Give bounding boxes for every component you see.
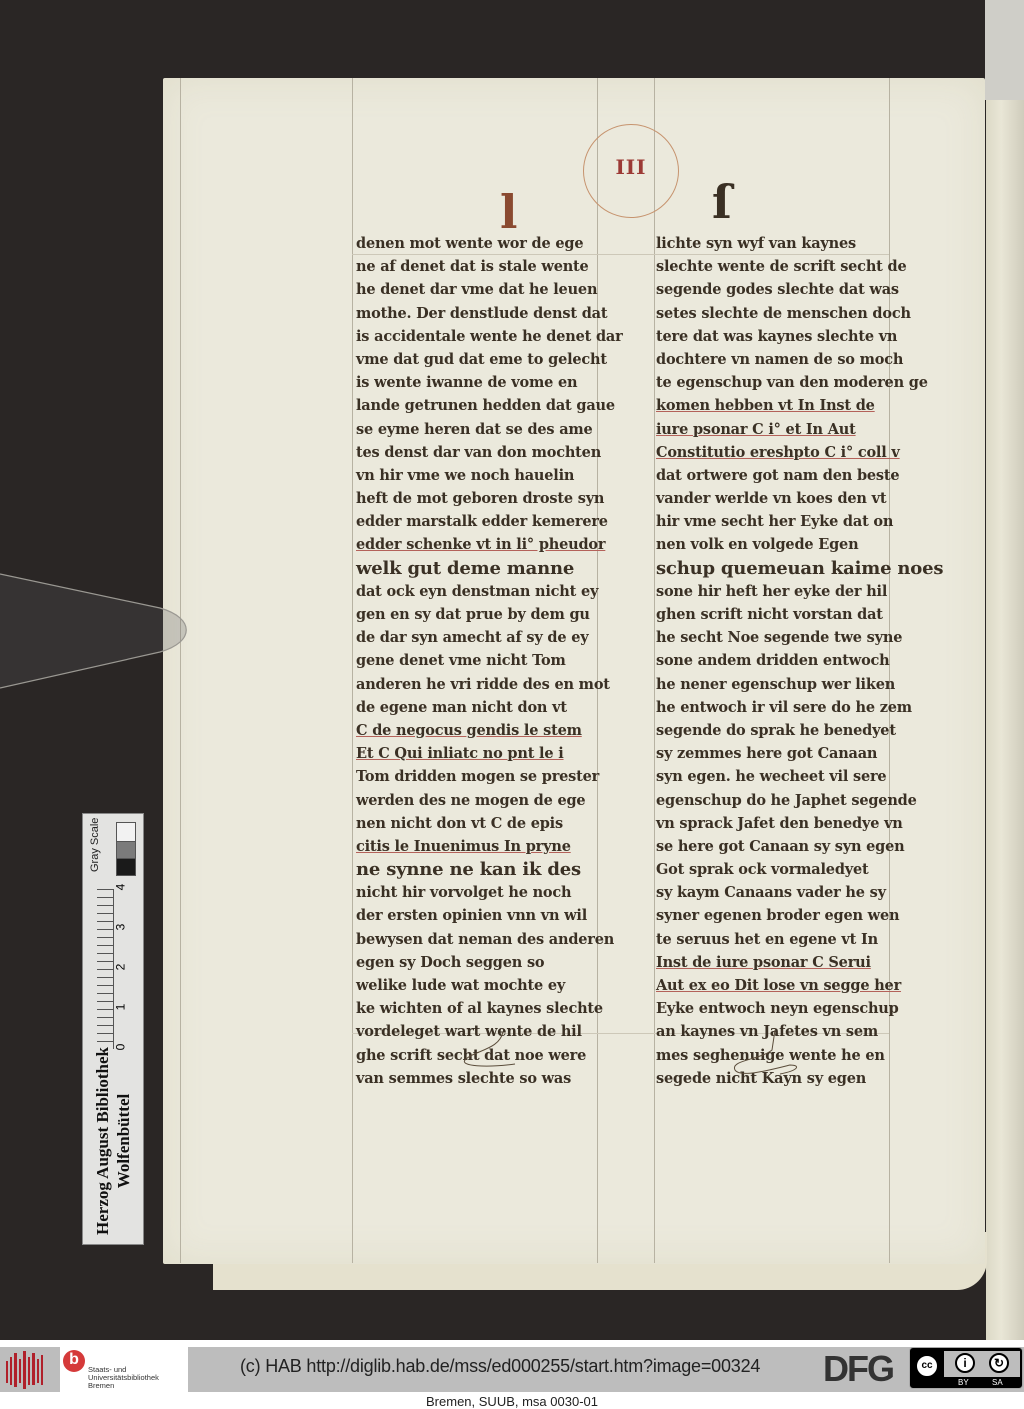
dfg-logo: DFG [823,1350,893,1388]
text-line: hir vme secht her Eyke dat on [656,510,891,533]
text-column-left: denen mot wente wor de ege ne af denet d… [356,232,601,1090]
text-line-heading: welk gut deme manne [356,557,601,580]
text-line: he nener egenschup wer liken [656,673,891,696]
text-line: syner egenen broder egen wen [656,904,891,927]
text-line: vander werlde vn koes den vt [656,487,891,510]
text-line: slechte wente de scrift secht de [656,255,891,278]
gray-swatch-white [116,822,136,842]
suub-b-icon: b [63,1350,85,1372]
text-line: he denet dar vme dat he leuen [356,278,601,301]
text-line: sy zemmes here got Canaan [656,742,891,765]
text-line: dochtere vn namen de so moch [656,348,891,371]
text-column-right: lichte syn wyf van kaynes slechte wente … [656,232,891,1090]
text-line: egen sy Doch seggen so [356,951,601,974]
text-line: syn egen. he wecheet vil sere [656,765,891,788]
text-line: segende do sprak he benedyet [656,719,891,742]
gray-swatch-black [116,858,136,876]
text-line: sy kaym Canaans vader he sy [656,881,891,904]
folio-number: III [583,155,679,179]
text-line: he entwoch ir vil sere do he zem [656,696,891,719]
text-line: de egene man nicht don vt [356,696,601,719]
book-cover-board [985,0,1024,100]
suub-barcode-logo [2,1347,48,1392]
institution-city: Wolfenbüttel [113,971,134,1311]
shelfmark: Bremen, SUUB, msa 0030-01 [0,1394,1024,1409]
ruling-line-right-column-start [654,78,655,1263]
flourish-right [710,1030,810,1080]
text-line: edder marstalk edder kemerere [356,510,601,533]
flourish-left [455,1030,535,1070]
text-line: tere dat was kaynes slechte vn [656,325,891,348]
cc-sa-icon: ↻ [989,1353,1009,1373]
text-line: te egenschup van den moderen ge [656,371,891,394]
scan-viewer: III l ſ denen mot wente wor de ege ne af… [0,0,1024,1340]
text-line: he secht Noe segende twe syne [656,626,891,649]
text-line: vn sprack Jafet den benedye vn [656,812,891,835]
gray-swatch-mid [116,841,136,859]
cc-by-icon: i [955,1353,975,1373]
text-line: denen mot wente wor de ege [356,232,601,255]
text-line: gen en sy dat prue by dem gu [356,603,601,626]
text-line: segende godes slechte dat was [656,278,891,301]
suub-name-line-3: Bremen [88,1382,159,1390]
color-calibration-target: Gray Scale 4 3 2 1 0 Herzog August Bibli… [82,813,144,1245]
text-line: is accidentale wente he denet dar [356,325,601,348]
text-line: setes slechte de menschen doch [656,302,891,325]
text-line: nen volk en volgede Egen [656,533,891,556]
institution-label: Herzog August Bibliothek Wolfenbüttel [92,971,134,1311]
text-line: Got sprak ock vormaledyet [656,858,891,881]
text-line: de dar syn amecht af sy de ey [356,626,601,649]
scale-tick-2: 2 [113,964,127,971]
text-line-rubric: citis le Inuenimus In pryne [356,835,601,858]
copyright-url[interactable]: (c) HAB http://diglib.hab.de/mss/ed00025… [240,1356,760,1377]
text-line: welike lude wat mochte ey [356,974,601,997]
institution-name: Herzog August Bibliothek [92,971,113,1311]
scale-tick-4: 4 [113,884,127,891]
text-line: is wente iwanne de vome en [356,371,601,394]
text-line: Eyke entwoch neyn egenschup [656,997,891,1020]
text-line: heft de mot geboren droste syn [356,487,601,510]
text-line: dat ock eyn denstman nicht ey [356,580,601,603]
text-line: anderen he vri ridde des en mot [356,673,601,696]
text-line-rubric: Et C Qui inliatc no pnt le i [356,742,601,765]
text-line-rubric: komen hebben vt In Inst de [656,394,891,417]
suub-library-logo[interactable]: b Staats- und Universitätsbibliothek Bre… [60,1347,188,1392]
text-line: ne af denet dat is stale wente [356,255,601,278]
cc-by-label: BY [958,1378,969,1387]
text-line: lande getrunen hedden dat gaue [356,394,601,417]
text-line: tes denst dar van don mochten [356,441,601,464]
page-clip [0,570,190,690]
text-line: ghen scrift nicht vorstan dat [656,603,891,626]
text-line: sone andem dridden entwoch [656,649,891,672]
text-line: ke wichten of al kaynes slechte [356,997,601,1020]
text-line: egenschup do he Japhet segende [656,789,891,812]
text-line: nen nicht don vt C de epis [356,812,601,835]
text-line-rubric: C de negocus gendis le stem [356,719,601,742]
gray-scale-label: Gray Scale [89,818,101,872]
suub-library-name: Staats- und Universitätsbibliothek Breme… [88,1366,159,1390]
text-line: mothe. Der denstlude denst dat [356,302,601,325]
text-line: dat ortwere got nam den beste [656,464,891,487]
text-line-rubric: Constitutio ereshpto C i° coll v [656,441,891,464]
text-line-rubric: iure psonar C i° et In Aut [656,418,891,441]
text-line: gene denet vme nicht Tom [356,649,601,672]
text-line: lichte syn wyf van kaynes [656,232,891,255]
text-line: vme dat gud dat eme to gelecht [356,348,601,371]
footer: b Staats- und Universitätsbibliothek Bre… [0,1340,1024,1409]
text-line: vn hir vme we noch hauelin [356,464,601,487]
cc-sa-label: SA [992,1378,1003,1387]
decorative-ascender-right: ſ [712,175,732,229]
cc-license-badge[interactable]: cc i ↻ BY SA [909,1347,1023,1389]
text-line: der ersten opinien vnn vn wil [356,904,601,927]
text-line-heading: schup quemeuan kaime noes [656,557,891,580]
text-line-rubric: Aut ex eo Dit lose vn segge her [656,974,891,997]
text-line: te seruus het en egene vt In [656,928,891,951]
cc-icon: cc [914,1353,940,1379]
text-line: van semmes slechte so was [356,1067,601,1090]
text-line: se eyme heren dat se des ame [356,418,601,441]
text-line: bewysen dat neman des anderen [356,928,601,951]
text-line: sone hir heft her eyke der hil [656,580,891,603]
book-binding [986,0,1024,1340]
text-line-heading: ne synne ne kan ik des [356,858,601,881]
text-line: werden des ne mogen de ege [356,789,601,812]
text-line-rubric: edder schenke vt in li° pheudor [356,533,601,556]
scale-tick-3: 3 [113,924,127,931]
decorative-ascender-left: l [500,185,517,239]
text-line: Tom dridden mogen se prester [356,765,601,788]
text-line-rubric: Inst de iure psonar C Serui [656,951,891,974]
text-line: nicht hir vorvolget he noch [356,881,601,904]
ruling-line-left-column-start [352,78,353,1263]
text-line: se here got Canaan sy syn egen [656,835,891,858]
